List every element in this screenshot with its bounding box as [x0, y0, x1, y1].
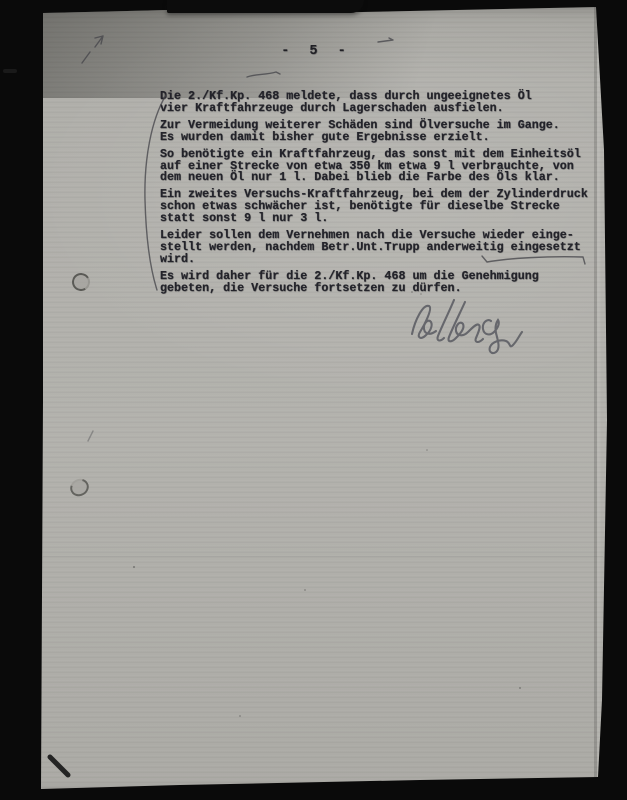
punch-hole-top — [70, 271, 92, 293]
margin-smudge — [3, 69, 17, 73]
small-tick-mark — [88, 431, 93, 441]
paragraph-1: Die 2./Kf.Kp. 468 meldete, dass durch un… — [160, 91, 604, 115]
document-body: Die 2./Kf.Kp. 468 meldete, dass durch un… — [160, 91, 604, 300]
paragraph-6: Es wird daher für die 2./Kf.Kp. 468 um d… — [160, 271, 604, 295]
paragraph-4: Ein zweites Versuchs-Kraftfahrzeug, bei … — [160, 189, 604, 225]
paper-crease — [43, 556, 603, 558]
paragraph-3: So benötigte ein Kraftfahrzeug, das sons… — [160, 149, 604, 185]
signature-handwriting — [403, 294, 535, 358]
scanner-clip-tab — [167, 0, 364, 13]
dark-slash-bottom-left — [50, 757, 68, 775]
scan-background: - 5 - Die 2./Kf.Kp. 468 meldete, dass du… — [0, 0, 627, 800]
document-page: - 5 - Die 2./Kf.Kp. 468 meldete, dass du… — [0, 0, 627, 800]
dirt-specks — [133, 291, 521, 717]
paragraph-5: Leider sollen dem Vernehmen nach die Ver… — [160, 230, 604, 266]
paragraph-2: Zur Vermeidung weiterer Schäden sind Ölv… — [160, 120, 604, 144]
punch-hole-bottom — [67, 476, 92, 500]
page-number: - 5 - — [0, 44, 627, 59]
